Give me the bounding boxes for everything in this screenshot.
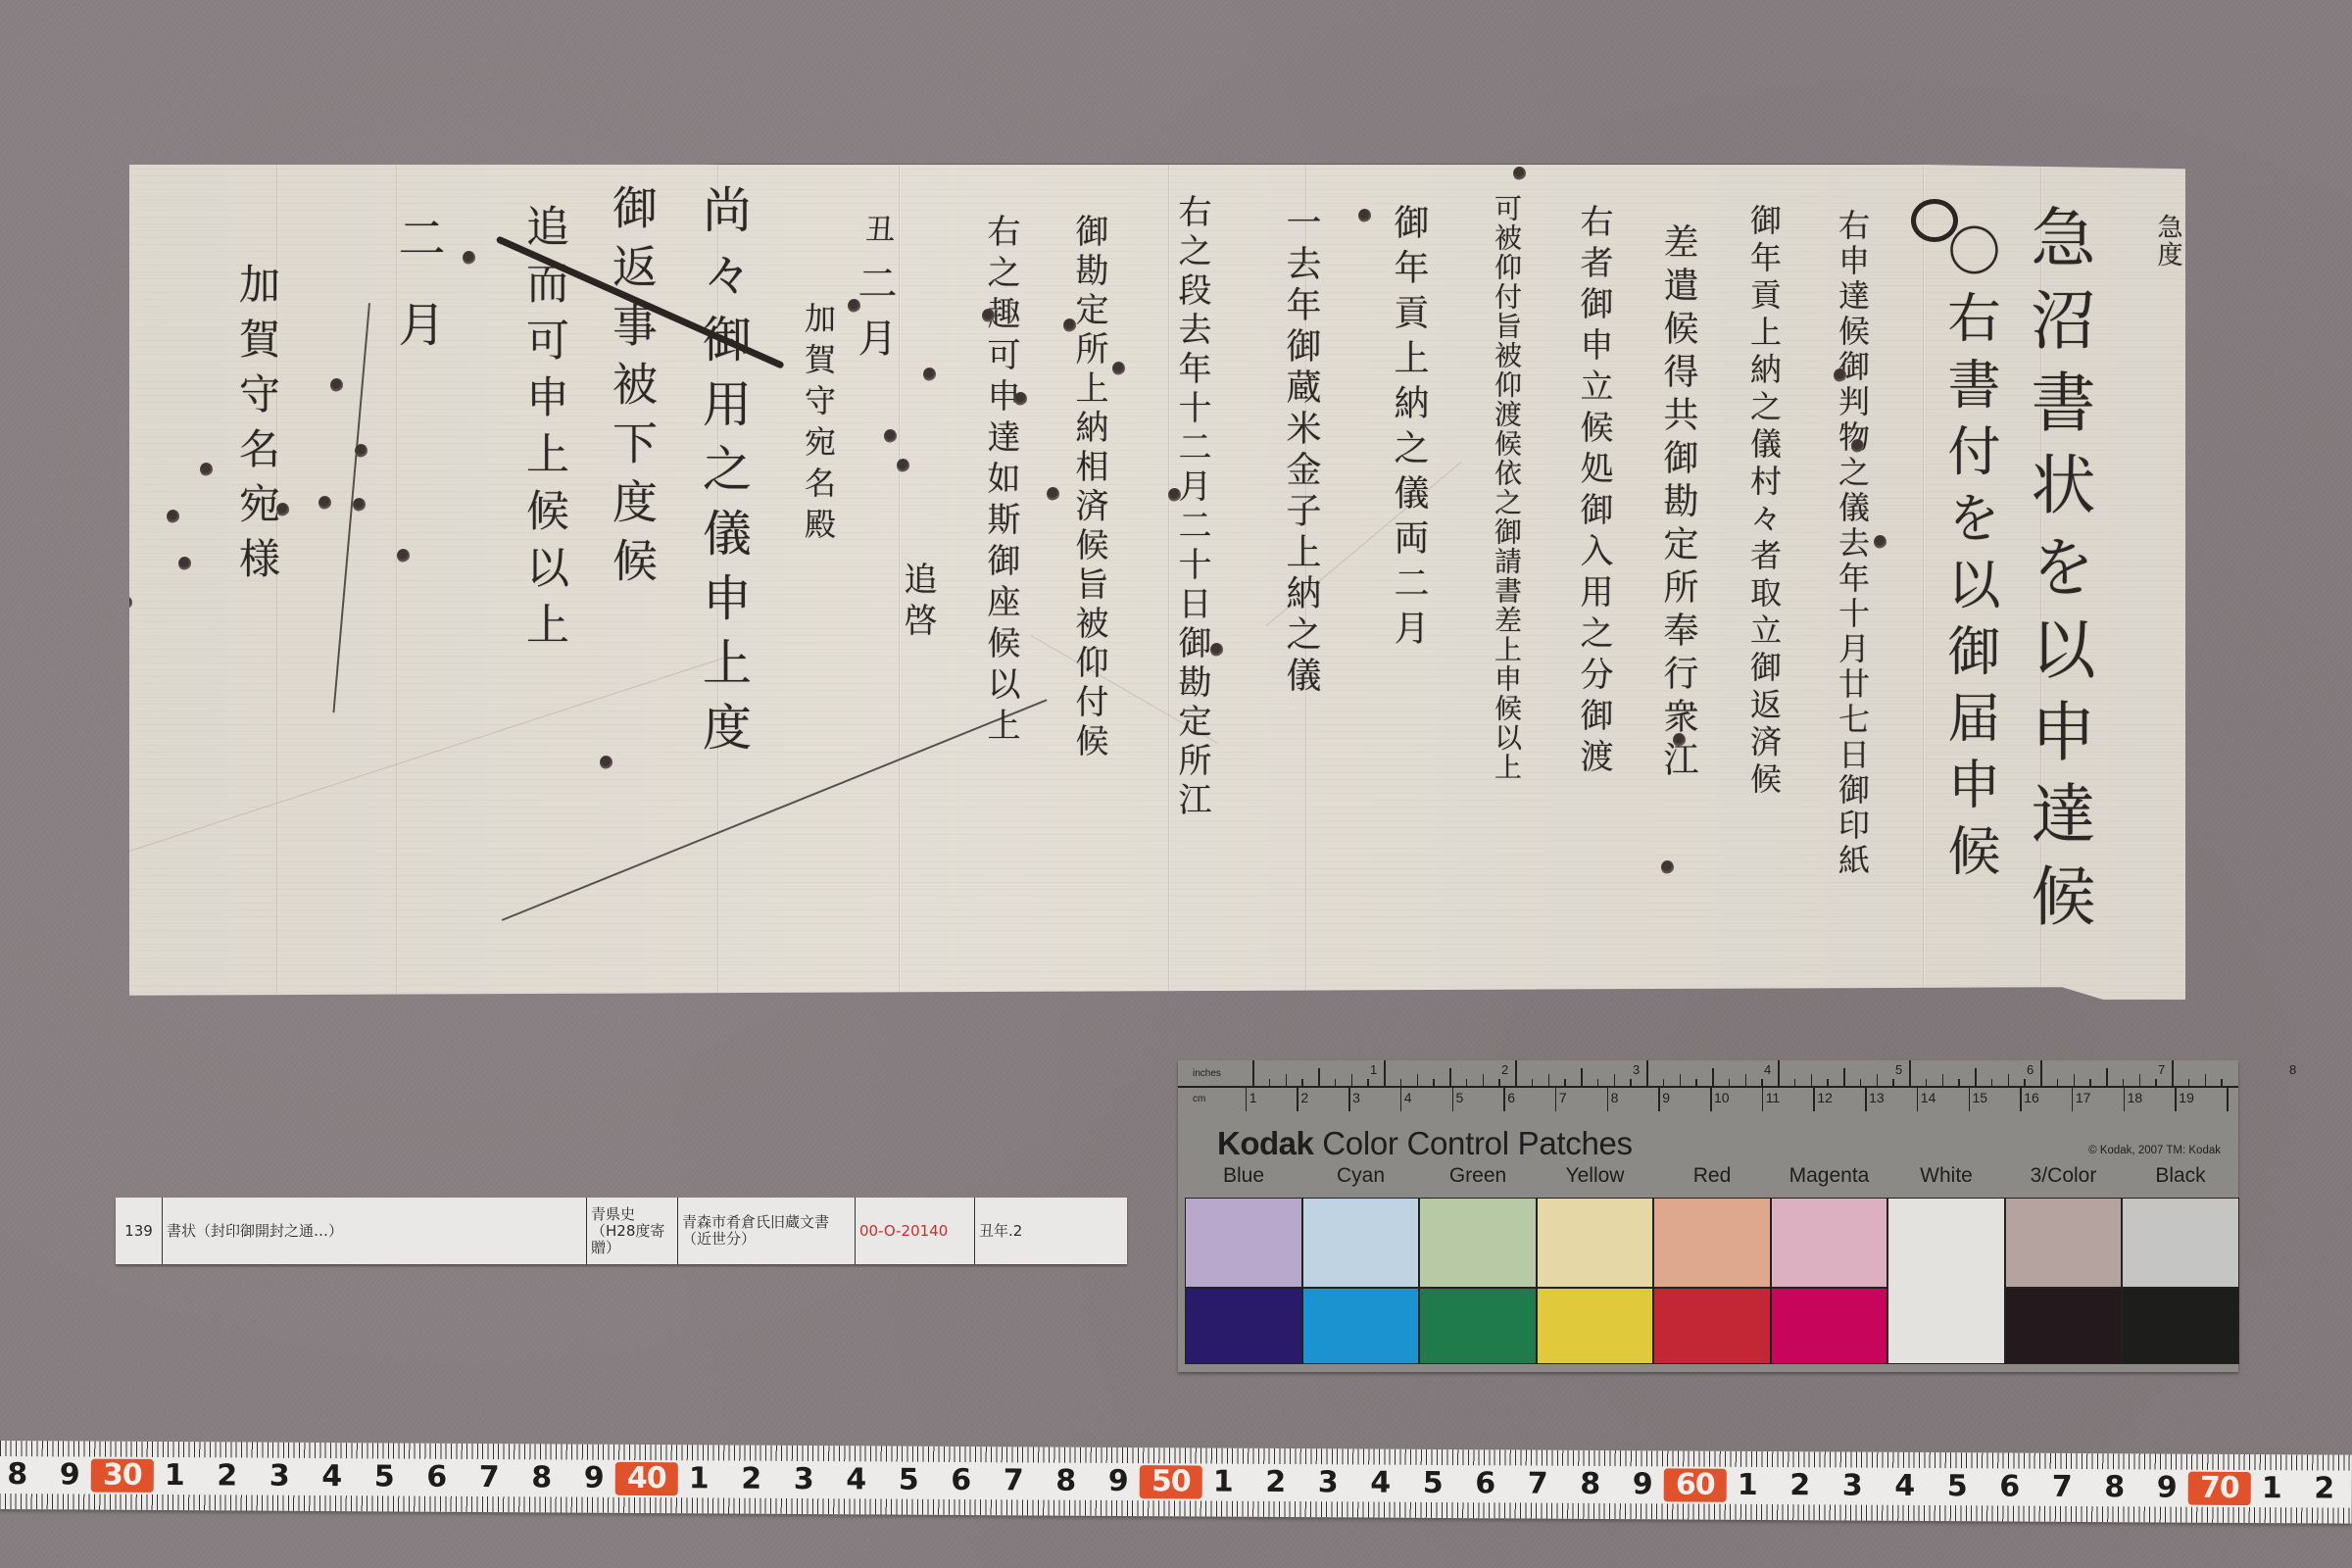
inch-tick: [2008, 1074, 2010, 1086]
patch-cyan-dark: [1302, 1288, 1420, 1364]
tape-mark: 9: [574, 1462, 613, 1495]
tape-mark: 6: [417, 1461, 457, 1494]
worm-hole: [1014, 392, 1027, 406]
patch-blue-dark: [1185, 1288, 1302, 1364]
inch-tick: [1909, 1060, 1911, 1086]
cm-tick: [1917, 1088, 1919, 1111]
worm-hole: [923, 367, 936, 381]
inch-tick: [1483, 1074, 1485, 1086]
manuscript-column: 右申達候御判物之儀去年十月廿七日御印紙: [1830, 209, 1875, 914]
inch-tick: [1417, 1074, 1419, 1086]
kodak-copyright: © Kodak, 2007 TM: Kodak: [2088, 1145, 2221, 1156]
patch-label-yellow: Yellow: [1537, 1164, 1654, 1188]
tape-mark: 2: [732, 1463, 771, 1496]
tape-mark: 9: [50, 1458, 89, 1492]
worm-hole: [178, 557, 191, 570]
tape-mark: 8: [1047, 1465, 1086, 1498]
kodak-color-chart: inches cm 123456781234567891011121314151…: [1178, 1060, 2238, 1372]
color-patch-grid: [1185, 1198, 2233, 1364]
cm-mark-label: 13: [1869, 1090, 1885, 1105]
worm-hole: [1673, 733, 1686, 747]
inch-tick: [1680, 1074, 1682, 1086]
worm-hole: [276, 503, 289, 516]
worm-hole: [1047, 487, 1059, 501]
inch-tick: [1729, 1079, 1731, 1086]
tape-mark: 2: [2305, 1472, 2344, 1505]
worm-hole: [982, 309, 995, 322]
worm-hole: [129, 596, 132, 610]
inch-tick: [1926, 1079, 1928, 1086]
inch-mark-label: 1: [1370, 1062, 1377, 1077]
tape-mark: 8: [0, 1458, 37, 1492]
inch-tick: [2221, 1079, 2223, 1086]
tape-major-mark: 40: [615, 1462, 678, 1495]
tape-mark: 2: [1781, 1469, 1820, 1502]
worm-hole: [330, 378, 343, 392]
patch-magenta-light: [1771, 1198, 1888, 1288]
inches-unit-label: inches: [1193, 1068, 1221, 1079]
inch-tick: [2074, 1074, 2076, 1086]
inch-mark-label: 8: [2289, 1062, 2296, 1077]
worm-hole: [1210, 643, 1223, 657]
tape-mark: 1: [1203, 1466, 1243, 1499]
inch-tick: [1384, 1060, 1386, 1086]
tape-mark: 1: [679, 1462, 718, 1495]
manuscript-column: 追而可申上候以上: [512, 204, 574, 968]
worm-hole: [1851, 439, 1864, 453]
cm-mark-label: 9: [1662, 1090, 1670, 1105]
cm-mark-label: 10: [1714, 1090, 1730, 1105]
inch-tick: [1877, 1074, 1879, 1086]
cm-mark-label: 17: [2076, 1090, 2091, 1105]
cm-mark-label: 3: [1352, 1090, 1360, 1105]
manuscript-column: 可被仰付旨被仰渡候依之御請書差上申候以上: [1487, 194, 1526, 919]
patch-label-blue: Blue: [1185, 1164, 1302, 1188]
worm-hole: [1661, 860, 1674, 874]
inch-tick: [1449, 1068, 1451, 1086]
cm-mark-label: 16: [2024, 1090, 2039, 1105]
tape-mark: 6: [942, 1464, 981, 1497]
cm-tick: [1348, 1088, 1350, 1111]
cm-mark-label: 4: [1404, 1090, 1412, 1105]
patch-black-dark: [2122, 1288, 2239, 1364]
inch-tick: [2188, 1079, 2190, 1086]
label-source: 青県史（H28度寄贈）: [587, 1198, 678, 1264]
manuscript-column: 尚々御用之儀申上度: [688, 184, 759, 968]
inch-tick: [1597, 1079, 1599, 1086]
cm-mark-label: 19: [2179, 1090, 2194, 1105]
worm-hole: [884, 429, 897, 443]
cm-tick: [1762, 1088, 1764, 1111]
catalog-label: 139 書状（封印御開封之通…） 青県史（H28度寄贈） 青森市肴倉氏旧蔵文書（…: [116, 1198, 1127, 1264]
cm-tick: [1813, 1088, 1815, 1111]
tape-major-mark: 60: [1664, 1468, 1727, 1501]
patch-label-magenta: Magenta: [1771, 1164, 1888, 1188]
cm-mark-label: 11: [1766, 1090, 1781, 1105]
inch-tick: [1646, 1060, 1648, 1086]
inch-tick: [1630, 1079, 1632, 1086]
patch-red-dark: [1653, 1288, 1771, 1364]
tape-mark: 3: [784, 1463, 823, 1496]
label-date: 丑年.2: [975, 1198, 1127, 1264]
inch-tick: [1942, 1074, 1944, 1086]
inch-tick: [1892, 1079, 1894, 1086]
patch-3color-light: [2005, 1198, 2123, 1288]
inch-tick: [1811, 1074, 1813, 1086]
worm-hole: [167, 510, 179, 523]
patch-green-dark: [1419, 1288, 1537, 1364]
worm-hole: [463, 251, 475, 265]
cm-tick: [2072, 1088, 2074, 1111]
inch-tick: [1532, 1079, 1534, 1086]
tape-mark: 8: [1571, 1468, 1610, 1501]
patch-yellow-light: [1537, 1198, 1654, 1288]
manuscript-column: 右之趣可申達如斯御座候以上: [977, 214, 1025, 939]
manuscript-column: 御年貢上納之儀村々者取立御返済候: [1741, 204, 1787, 909]
inch-tick: [2089, 1079, 2091, 1086]
patch-label-white: White: [1887, 1164, 2005, 1188]
worm-hole: [353, 498, 366, 512]
tape-mark: 8: [2095, 1471, 2134, 1504]
tape-mark: 1: [2252, 1472, 2291, 1505]
inch-tick: [2106, 1068, 2108, 1086]
manuscript-column: 二月: [384, 214, 452, 508]
tape-mark: 3: [1308, 1466, 1347, 1499]
inch-tick: [1351, 1074, 1353, 1086]
inch-tick: [1498, 1079, 1500, 1086]
cm-tick: [1297, 1088, 1298, 1111]
manuscript-column: 右之段去年十二月二十日御勘定所江: [1168, 194, 1216, 939]
tape-mark: 6: [1990, 1470, 2030, 1503]
worm-hole: [355, 444, 367, 458]
manuscript-column: 一去年御蔵米金子上納之儀: [1276, 204, 1326, 949]
tape-mark: 5: [1413, 1467, 1452, 1500]
tape-major-mark: 30: [91, 1459, 154, 1493]
inch-tick: [1794, 1079, 1796, 1086]
patch-label-3color: 3/Color: [2005, 1164, 2123, 1188]
inch-tick: [2040, 1060, 2042, 1086]
inch-tick: [1712, 1068, 1714, 1086]
inch-mark-label: 3: [1633, 1062, 1640, 1077]
cm-mark-label: 8: [1611, 1090, 1619, 1105]
patch-blue-light: [1185, 1198, 1302, 1288]
inch-mark-label: 5: [1895, 1062, 1902, 1077]
cm-tick: [1865, 1088, 1867, 1111]
kodak-ruler: inches cm 123456781234567891011121314151…: [1178, 1060, 2238, 1115]
inch-tick: [1695, 1079, 1697, 1086]
tape-mark: 5: [365, 1460, 404, 1494]
cm-unit-label: cm: [1193, 1094, 1205, 1104]
inch-tick: [2172, 1060, 2174, 1086]
cm-mark-label: 2: [1300, 1090, 1308, 1105]
patch-green-light: [1419, 1198, 1537, 1288]
inch-tick: [1400, 1079, 1402, 1086]
cm-mark-label: 12: [1817, 1090, 1833, 1105]
patch-name-row: BlueCyanGreenYellowRedMagentaWhite3/Colo…: [1178, 1164, 2238, 1188]
cm-tick: [2227, 1088, 2229, 1111]
worm-hole: [897, 459, 909, 472]
inch-mark-label: 2: [1501, 1062, 1508, 1077]
cm-mark-label: 5: [1456, 1090, 1464, 1105]
worm-hole: [1063, 318, 1076, 332]
patch-label-green: Green: [1419, 1164, 1537, 1188]
cm-tick: [2020, 1088, 2022, 1111]
inch-mark-label: 7: [2158, 1062, 2165, 1077]
cm-tick: [1555, 1088, 1557, 1111]
tape-mark: 4: [313, 1460, 352, 1494]
cm-tick: [1607, 1088, 1609, 1111]
worm-hole: [1513, 167, 1526, 180]
tape-mark: 7: [1518, 1467, 1557, 1500]
inch-tick: [1433, 1079, 1435, 1086]
inch-tick: [1761, 1079, 1763, 1086]
inch-tick: [1975, 1068, 1977, 1086]
manuscript-column: 二月: [847, 263, 903, 380]
inch-tick: [1663, 1079, 1665, 1086]
inch-tick: [1564, 1079, 1566, 1086]
inch-tick: [1860, 1079, 1862, 1086]
inch-tick: [1252, 1060, 1254, 1086]
cm-mark-label: 7: [1559, 1090, 1567, 1105]
tape-mark: 2: [208, 1459, 247, 1493]
inch-tick: [1367, 1079, 1369, 1086]
inch-tick: [1991, 1079, 1993, 1086]
cm-tick: [1969, 1088, 1971, 1111]
patch-white: [1887, 1198, 2005, 1364]
cm-tick: [1503, 1088, 1505, 1111]
patch-3color-dark: [2005, 1288, 2123, 1364]
inch-tick: [1581, 1068, 1583, 1086]
manuscript-column: 加賀守名宛様: [227, 263, 286, 870]
manuscript-column: 右者御申立候処御入用之分御渡: [1570, 204, 1618, 909]
inch-tick: [1286, 1074, 1288, 1086]
manuscript-column: 御年貢上納之儀両二月: [1384, 204, 1434, 909]
patch-black-light: [2122, 1198, 2239, 1288]
tape-mark: 6: [1466, 1467, 1505, 1500]
tape-major-mark: 70: [2188, 1472, 2251, 1505]
patch-label-red: Red: [1653, 1164, 1771, 1188]
manuscript-column: 急度: [2150, 214, 2185, 468]
ruler-divider: [1178, 1086, 2238, 1088]
tape-mark: 4: [1361, 1466, 1400, 1499]
worm-hole: [1874, 535, 1886, 549]
manuscript-column: 差遣候得共御勘定所奉行衆江: [1653, 223, 1703, 929]
cm-mark-label: 1: [1249, 1090, 1257, 1105]
inch-tick: [1269, 1079, 1271, 1086]
tape-mark: 3: [260, 1460, 299, 1494]
inch-mark-label: 4: [1764, 1062, 1771, 1077]
worm-hole: [1834, 368, 1846, 382]
label-item-number: 139: [116, 1198, 163, 1264]
kodak-subtitle: Color Control Patches: [1322, 1125, 1633, 1161]
manuscript-letter: 急度 急沼書状を以申達候 〇右書付を以御届申候 右申達候御判物之儀去年十月廿七日…: [129, 165, 2185, 1000]
inch-tick: [1466, 1079, 1468, 1086]
worm-hole: [848, 299, 860, 313]
cm-tick: [1658, 1088, 1660, 1111]
kodak-brand: Kodak: [1217, 1125, 1313, 1161]
manuscript-column: 追啓: [894, 562, 942, 718]
inch-tick: [1958, 1079, 1960, 1086]
inch-tick: [2123, 1079, 2125, 1086]
tape-mark: 7: [2042, 1471, 2082, 1504]
worm-hole: [200, 463, 213, 476]
inch-tick: [1827, 1079, 1829, 1086]
patch-label-cyan: Cyan: [1302, 1164, 1420, 1188]
circle-mark: [1911, 199, 1958, 242]
tape-mark: 2: [1256, 1466, 1296, 1499]
cm-tick: [2124, 1088, 2126, 1111]
inch-tick: [1548, 1074, 1550, 1086]
manuscript-column: 加賀守宛名殿: [796, 302, 841, 811]
patch-yellow-dark: [1537, 1288, 1654, 1364]
cm-mark-label: 6: [1507, 1090, 1515, 1105]
patch-cyan-light: [1302, 1198, 1420, 1288]
worm-hole: [397, 549, 410, 563]
cm-tick: [1452, 1088, 1454, 1111]
tape-measure: 8930123456789401234567895012345678960123…: [0, 1441, 2352, 1524]
cm-tick: [2175, 1088, 2177, 1111]
inch-tick: [1335, 1079, 1337, 1086]
worm-hole: [600, 756, 612, 769]
inch-tick: [2139, 1074, 2141, 1086]
patch-red-light: [1653, 1198, 1771, 1288]
manuscript-column: 急沼書状を以申達候: [2011, 204, 2104, 949]
manuscript-column: 〇右書付を以御届申候: [1933, 223, 2008, 968]
fold-line: [1923, 165, 1925, 1000]
cm-tick: [1246, 1088, 1248, 1111]
tape-mark: 3: [1833, 1469, 1872, 1502]
worm-hole: [1112, 362, 1125, 375]
tape-mark: 1: [155, 1459, 194, 1493]
inch-tick: [1745, 1074, 1747, 1086]
kodak-title: Kodak Color Control Patches: [1217, 1125, 1633, 1162]
inch-tick: [1318, 1068, 1320, 1086]
inch-mark-label: 6: [2027, 1062, 2033, 1077]
cm-tick: [1400, 1088, 1402, 1111]
tape-mark: 9: [1623, 1468, 1662, 1501]
tape-mark: 1: [1728, 1469, 1767, 1502]
tape-mark: 9: [2147, 1471, 2186, 1504]
patch-magenta-dark: [1771, 1288, 1888, 1364]
inch-tick: [2155, 1079, 2157, 1086]
inch-tick: [1515, 1060, 1517, 1086]
cm-mark-label: 15: [1973, 1090, 1988, 1105]
patch-label-black: Black: [2122, 1164, 2239, 1188]
worm-hole: [318, 496, 331, 510]
label-id-code: 00-O-20140: [856, 1198, 975, 1264]
tape-mark: 8: [522, 1461, 562, 1494]
worm-hole: [1358, 209, 1371, 222]
cm-mark-label: 14: [1921, 1090, 1936, 1105]
tape-mark: 4: [837, 1463, 876, 1496]
inch-tick: [1843, 1068, 1845, 1086]
cm-tick: [1710, 1088, 1712, 1111]
inch-tick: [1614, 1074, 1616, 1086]
label-title: 書状（封印御開封之通…）: [163, 1198, 587, 1264]
tape-mark: 5: [1937, 1470, 1977, 1503]
inch-tick: [1778, 1060, 1780, 1086]
tape-mark: 7: [469, 1461, 509, 1494]
label-collection: 青森市肴倉氏旧蔵文書（近世分）: [678, 1198, 856, 1264]
tape-major-mark: 50: [1140, 1465, 1202, 1498]
worm-hole: [1168, 488, 1181, 502]
tape-mark: 5: [889, 1464, 928, 1497]
cm-mark-label: 18: [2128, 1090, 2143, 1105]
inch-tick: [2024, 1079, 2026, 1086]
tape-mark: 9: [1099, 1465, 1138, 1498]
tape-mark: 4: [1886, 1470, 1925, 1503]
ink-thin-stroke: [502, 699, 1048, 921]
inch-tick: [2205, 1074, 2207, 1086]
tape-mark: 7: [994, 1464, 1033, 1497]
inch-tick: [2057, 1079, 2059, 1086]
inch-tick: [1301, 1079, 1303, 1086]
